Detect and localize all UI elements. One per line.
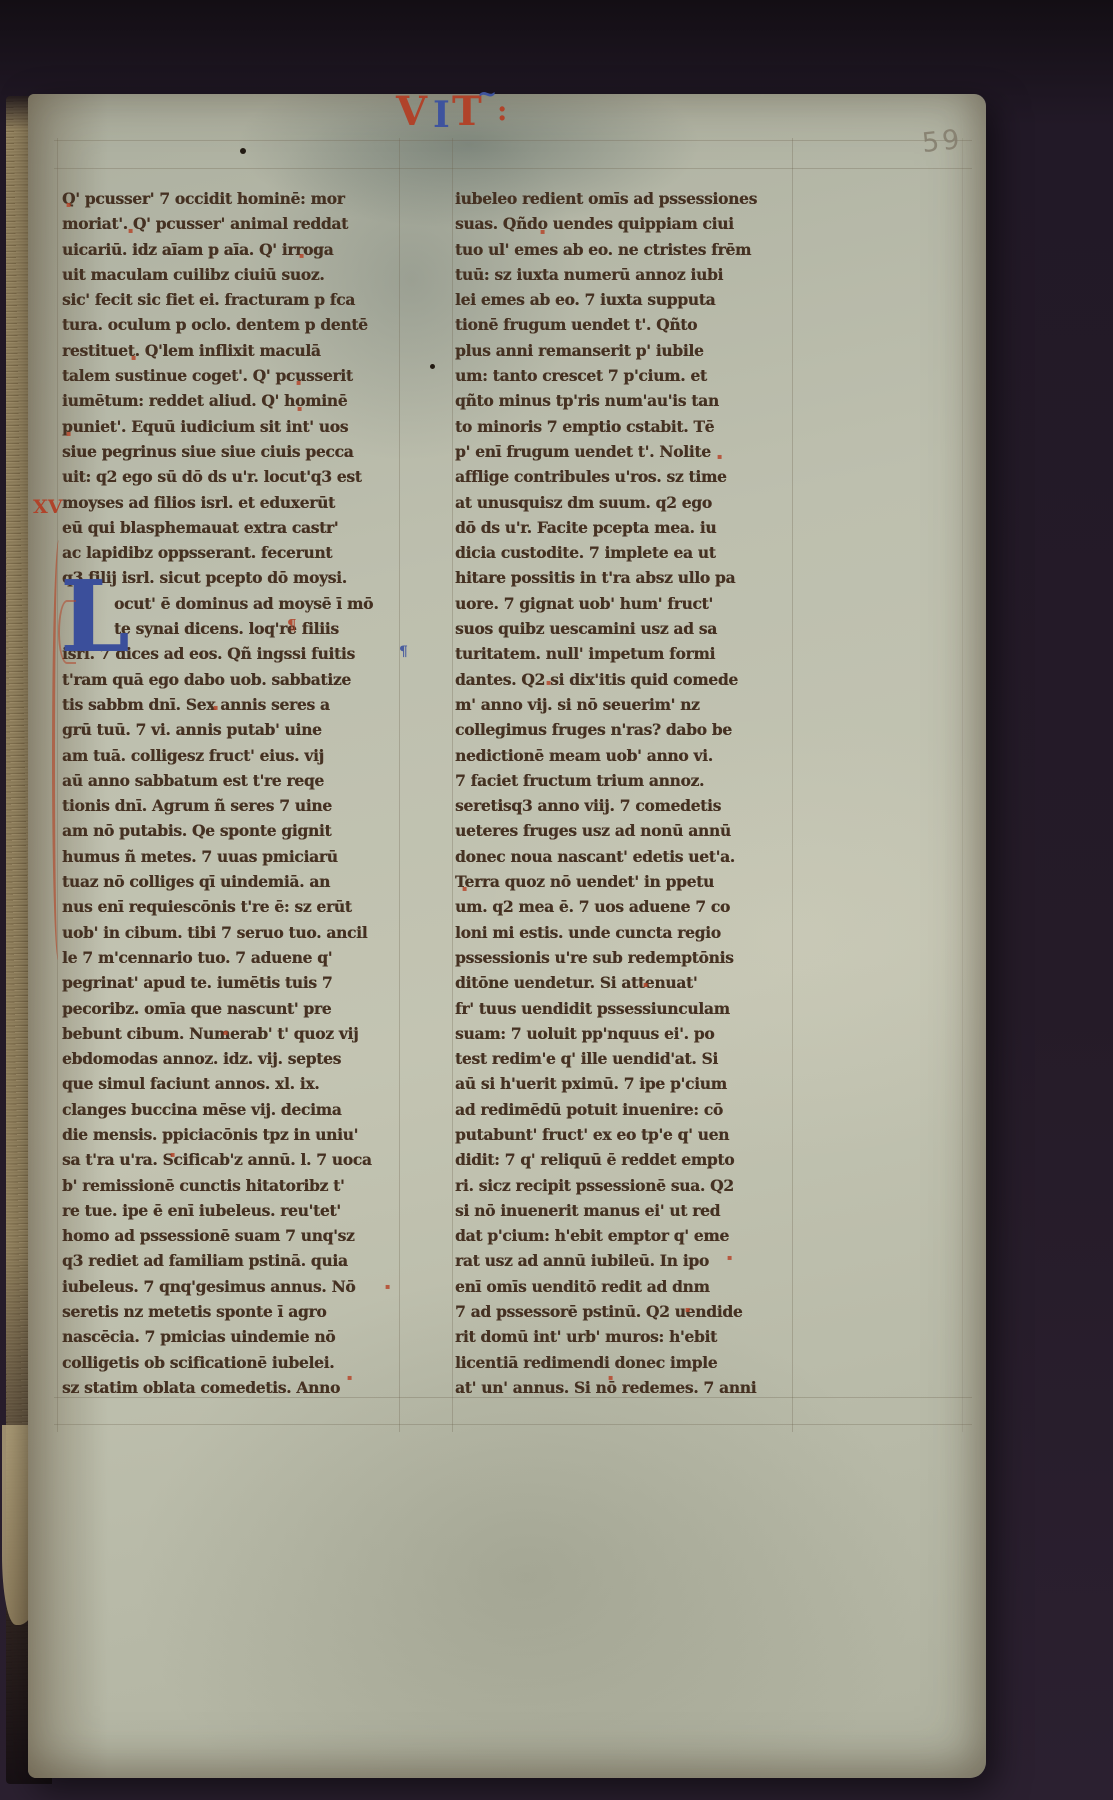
text-line: m' anno vij. si nō seuerim' nz: [455, 691, 793, 717]
text-line: uit: q2 ego sū dō ds u'r. locut'q3 est: [62, 464, 400, 490]
text-line: at' un' annus. Si nō redemes. 7 anni: [455, 1374, 793, 1400]
text-line: colligetis ob scificationē iubelei.: [62, 1349, 400, 1375]
text-line: ditōne uendetur. Si attenuat': [455, 970, 793, 996]
text-line: siue pegrinus siue siue ciuis pecca: [62, 438, 400, 464]
manuscript-photograph: Q' pcusser' 7 occidit hominē: mormoriat'…: [0, 0, 1113, 1800]
text-line: lei emes ab eo. 7 iuxta supputa: [455, 287, 793, 313]
text-line: enī omīs uenditō redit ad dnm: [455, 1273, 793, 1299]
text-line: sic' fecit sic fiet ei. fracturam p fca: [62, 287, 400, 313]
ruling-line: [57, 138, 58, 1432]
text-line: isrl. 7 dices ad eos. Qñ ingssi fuitis: [62, 641, 400, 667]
text-line: humus ñ metes. 7 uuas pmiciarū: [62, 843, 400, 869]
text-line: ebdomodas annoz. idz. vij. septes: [62, 1046, 400, 1072]
text-line: collegimus fruges n'ras? dabo be: [455, 717, 793, 743]
text-line: ac lapidibz oppsserant. fecerunt: [62, 540, 400, 566]
text-line: si nō inuenerit manus ei' ut red: [455, 1197, 793, 1223]
text-line: tionē frugum uendet t'. Qñto: [455, 312, 793, 338]
text-line: t'ram quā ego dabo uob. sabbatize: [62, 666, 400, 692]
text-line: moriat'. Q' pcusser' animal reddat: [62, 211, 400, 237]
text-line: tuaz nō colliges qī uindemiā. an: [62, 869, 400, 895]
text-line: sz statim oblata comedetis. Anno: [62, 1374, 400, 1400]
text-line: uob' in cibum. tibi 7 seruo tuo. ancil: [62, 919, 400, 945]
text-column-left: Q' pcusser' 7 occidit hominē: mormoriat'…: [62, 186, 400, 1400]
text-line: dicia custodite. 7 implete ea ut: [455, 540, 793, 566]
text-line: am tuā. colligesz fruct' eius. vij: [62, 742, 400, 768]
text-line: moyses ad filios isrl. et eduxerūt: [62, 489, 400, 515]
text-line: qñto minus tp'ris num'au'is tan: [455, 388, 793, 414]
text-line: suas. Qñdo uendes quippiam ciui: [455, 211, 793, 237]
text-line: um: tanto crescet 7 p'cium. et: [455, 363, 793, 389]
text-line: tuū: sz iuxta numerū annoz iubi: [455, 261, 793, 287]
text-line: uit maculam cuilibz ciuiū suoz.: [62, 261, 400, 287]
text-line: tura. oculum p oclo. dentem p dentē: [62, 312, 400, 338]
text-line: dō ds u'r. Facite pcepta mea. iu: [455, 514, 793, 540]
text-line: q3 rediet ad familiam pstinā. quia: [62, 1248, 400, 1274]
text-line: loni mi estis. unde cuncta regio: [455, 919, 793, 945]
ruling-line: [452, 138, 453, 1432]
text-line: talem sustinue coget'. Q' pcusserit: [62, 363, 400, 389]
text-line: re tue. ipe ē enī iubeleus. reu'tet': [62, 1197, 400, 1223]
text-line: q3 filij isrl. sicut pcepto dō moysi.: [62, 565, 400, 591]
ruling-line: [54, 168, 972, 169]
text-line: nedictionē meam uob' anno vi.: [455, 742, 793, 768]
text-line: pegrinat' apud te. iumētis tuis 7: [62, 970, 400, 996]
text-line: bebunt cibum. Numerab' t' quoz vij: [62, 1020, 400, 1046]
ruling-line: [54, 1424, 972, 1425]
text-line: at unusquisz dm suum. q2 ego: [455, 489, 793, 515]
text-line: b' remissionē cunctis hitatoribz t': [62, 1172, 400, 1198]
text-line: ueteres fruges usz ad nonū annū: [455, 818, 793, 844]
text-line: dat p'cium: h'ebit emptor q' eme: [455, 1223, 793, 1249]
manuscript-page: Q' pcusser' 7 occidit hominē: mormoriat'…: [28, 94, 986, 1778]
text-line: iumētum: reddet aliud. Q' hominē: [62, 388, 400, 414]
text-line: homo ad pssessionē suam 7 unq'sz: [62, 1223, 400, 1249]
text-line: um. q2 mea ē. 7 uos aduene 7 co: [455, 894, 793, 920]
text-line: iubeleo redient omīs ad pssessiones: [455, 186, 793, 212]
text-line: ri. sicz recipit pssessionē sua. Q2: [455, 1172, 793, 1198]
text-line: hitare possitis in t'ra absz ullo pa: [455, 565, 793, 591]
text-column-right: iubeleo redient omīs ad pssessionessuas.…: [455, 186, 793, 1400]
text-line: donec noua nascant' edetis uet'a.: [455, 843, 793, 869]
text-line: seretisq3 anno viij. 7 comedetis: [455, 793, 793, 819]
text-line: dantes. Q2 si dix'itis quid comede: [455, 666, 793, 692]
text-line: licentiā redimendi donec imple: [455, 1349, 793, 1375]
text-line: tis sabbm dnī. Sex annis seres a: [62, 691, 400, 717]
text-line: plus anni remanserit p' iubile: [455, 337, 793, 363]
text-line: suos quibz uescamini usz ad sa: [455, 616, 793, 642]
ruling-line: [54, 140, 972, 141]
text-line: pssessionis u're sub redemptōnis: [455, 944, 793, 970]
text-line: aū si h'uerit pximū. 7 ipe p'cium: [455, 1071, 793, 1097]
text-line: clanges buccina mēse vij. decima: [62, 1096, 400, 1122]
text-line: sa t'ra u'ra. Scificab'z annū. l. 7 uoca: [62, 1147, 400, 1173]
text-line: 7 ad pssessorē pstinū. Q2 uendide: [455, 1299, 793, 1325]
text-line: am nō putabis. Qe sponte gignit: [62, 818, 400, 844]
text-line: pecoribz. omīa que nascunt' pre: [62, 995, 400, 1021]
text-line: puniet'. Equū iudicium sit int' uos: [62, 413, 400, 439]
text-line: afflige contribules u'ros. sz time: [455, 464, 793, 490]
text-line: die mensis. ppiciacōnis tpz in uniu': [62, 1121, 400, 1147]
text-line: nus enī requiescōnis t're ē: sz erūt: [62, 894, 400, 920]
text-line: test redim'e q' ille uendid'at. Si: [455, 1046, 793, 1072]
text-line: turitatem. null' impetum formi: [455, 641, 793, 667]
text-line: le 7 m'cennario tuo. 7 aduene q': [62, 944, 400, 970]
text-line: iubeleus. 7 qnq'gesimus annus. Nō: [62, 1273, 400, 1299]
text-line: uicariū. idz aīam p aīa. Q' irroga: [62, 236, 400, 262]
text-line: fr' tuus uendidit pssessiunculam: [455, 995, 793, 1021]
text-line: eū qui blasphemauat extra castr': [62, 514, 400, 540]
text-line: p' enī frugum uendet t'. Nolite: [455, 438, 793, 464]
text-line: 7 faciet fructum trium annoz.: [455, 767, 793, 793]
text-line: rit domū int' urb' muros: h'ebit: [455, 1324, 793, 1350]
text-line: ad redimēdū potuit inuenire: cō: [455, 1096, 793, 1122]
text-line: didit: 7 q' reliquū ē reddet empto: [455, 1147, 793, 1173]
text-line: que simul faciunt annos. xl. ix.: [62, 1071, 400, 1097]
text-line: restituet. Q'lem inflixit maculā: [62, 337, 400, 363]
text-line: putabunt' fruct' ex eo tp'e q' uen: [455, 1121, 793, 1147]
text-line: nascēcia. 7 pmicias uindemie nō: [62, 1324, 400, 1350]
text-line: Terra quoz nō uendet' in ppetu: [455, 869, 793, 895]
text-line: uore. 7 gignat uob' hum' fruct': [455, 590, 793, 616]
text-line: seretis nz metetis sponte ī agro: [62, 1299, 400, 1325]
ruling-line: [962, 138, 963, 1432]
text-line: to minoris 7 emptio cstabit. Tē: [455, 413, 793, 439]
text-line: Q' pcusser' 7 occidit hominē: mor: [62, 186, 400, 212]
text-line: rat usz ad annū iubileū. In ipo: [455, 1248, 793, 1274]
text-line: te synai dicens. loq're filiis: [62, 616, 400, 642]
text-line: aū anno sabbatum est t're reqe: [62, 767, 400, 793]
text-line: grū tuū. 7 vi. annis putab' uine: [62, 717, 400, 743]
text-line: tuo ul' emes ab eo. ne ctristes frēm: [455, 236, 793, 262]
text-line: tionis dnī. Agrum ñ seres 7 uine: [62, 793, 400, 819]
text-line: suam: 7 uoluit pp'nquus ei'. po: [455, 1020, 793, 1046]
text-line: ocut' ē dominus ad moysē ī mō: [62, 590, 400, 616]
